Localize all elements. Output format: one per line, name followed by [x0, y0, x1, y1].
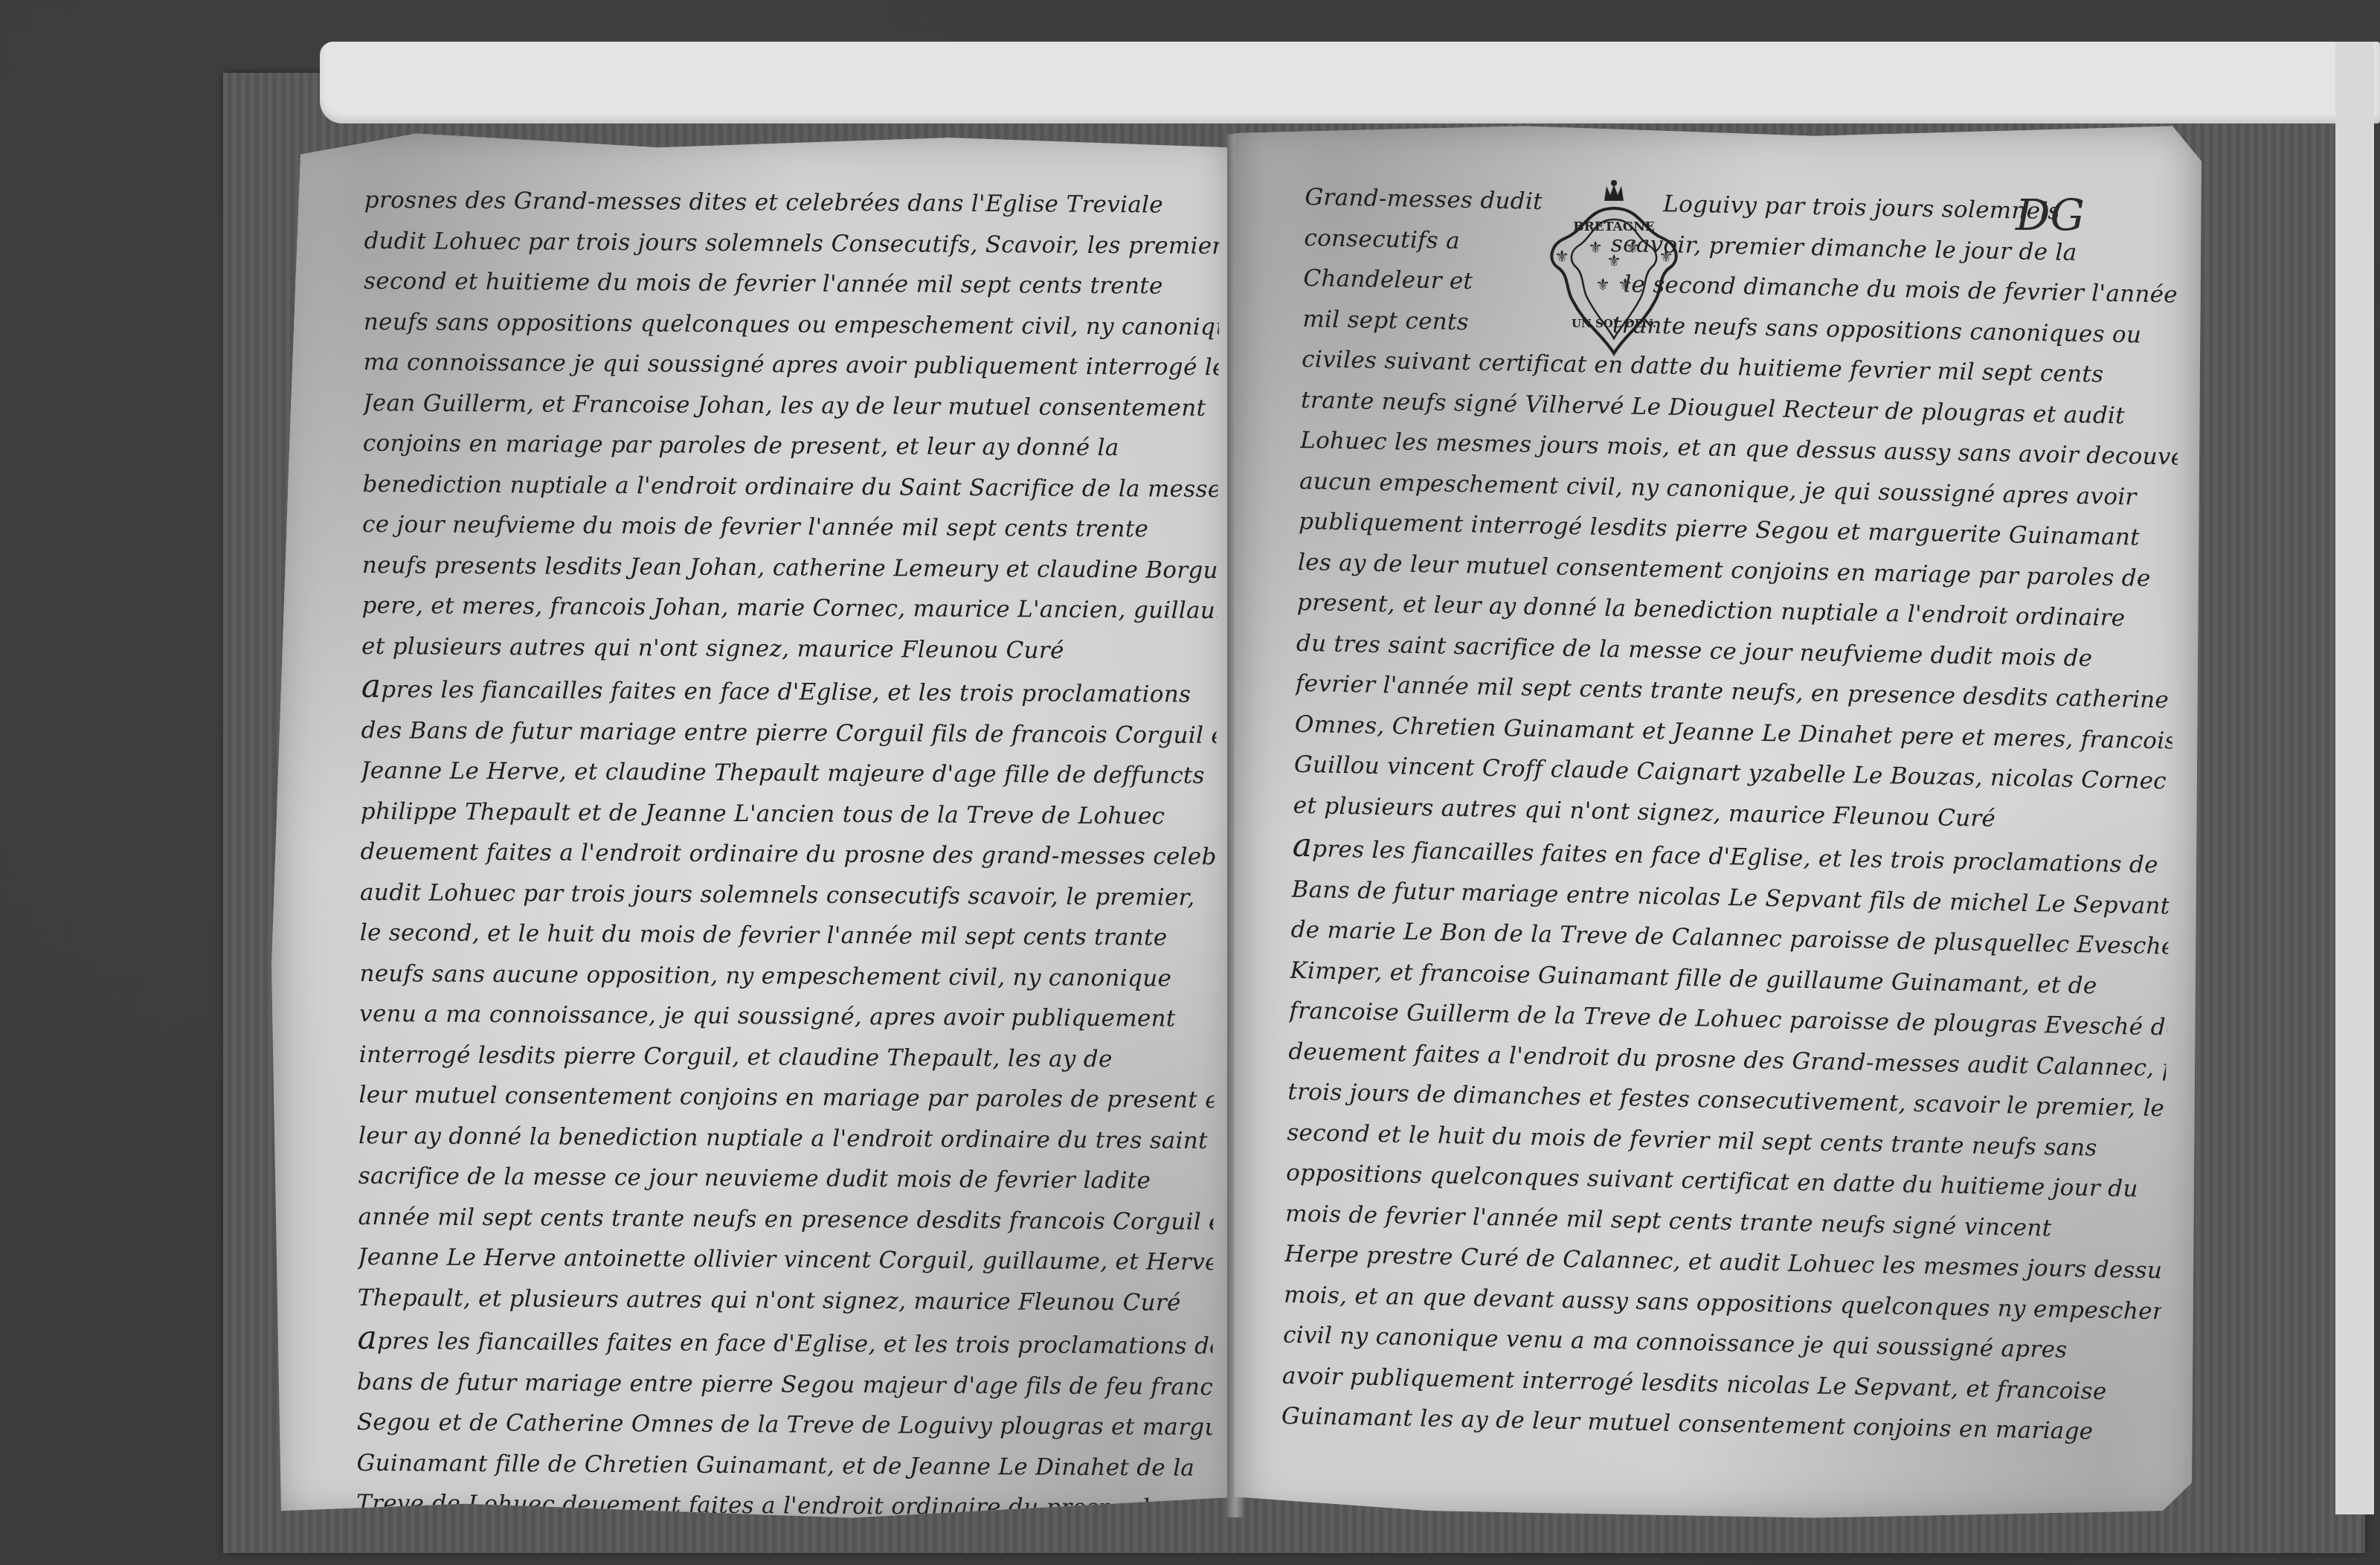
svg-text:⚜: ⚜: [1659, 248, 1673, 266]
paper-strip-right: [2335, 42, 2374, 1514]
manuscript-line: bans de futur mariage entre pierre Segou…: [357, 1361, 1212, 1407]
svg-text:⚜: ⚜: [1595, 276, 1610, 295]
manuscript-line: audit Lohuec par trois jours solemnels c…: [360, 872, 1215, 918]
manuscript-line: pere, et meres, francois Johan, marie Co…: [361, 585, 1217, 632]
manuscript-line: leur ay donné la benediction nuptiale a …: [358, 1115, 1214, 1161]
manuscript-line: leur mutuel consentement conjoins en mar…: [358, 1075, 1214, 1121]
svg-text:⚜: ⚜: [1554, 248, 1569, 266]
right-page: Grand-messes dudit Loguivy par trois jou…: [1235, 119, 2201, 1525]
svg-text:⚜: ⚜: [1606, 252, 1621, 271]
manuscript-line: philippe Thepault et de Jeanne L'ancien …: [361, 791, 1216, 837]
manuscript-line: Segou et de Catherine Omnes de la Treve …: [357, 1402, 1212, 1448]
manuscript-line: neufs sans aucune opposition, ny empesch…: [359, 953, 1215, 999]
paper-strip-top: [320, 42, 2380, 123]
svg-text:⚜: ⚜: [1618, 276, 1633, 295]
manuscript-line: dudit Lohuec par trois jours solemnels C…: [364, 220, 1219, 266]
right-page-text: Grand-messes dudit Loguivy par trois jou…: [1281, 177, 2182, 1453]
left-page-text: prosnes des Grand-messes dites et celebr…: [356, 180, 1220, 1529]
manuscript-line: sacrifice de la messe ce jour neuvieme d…: [358, 1156, 1214, 1202]
manuscript-line: Jean Guillerm, et Francoise Johan, les a…: [363, 382, 1218, 428]
stamp-top-text: BRETAGNE: [1573, 219, 1654, 234]
manuscript-line: second et huitieme du mois de fevrier l'…: [364, 261, 1219, 307]
manuscript-line: interrogé lesdits pierre Corguil, et cla…: [359, 1034, 1215, 1080]
manuscript-line: Guinamant fille de Chretien Guinamant, e…: [356, 1442, 1212, 1488]
manuscript-line: deuement faites a l'endroit ordinaire du…: [360, 832, 1215, 878]
svg-text:⚜: ⚜: [1588, 239, 1603, 257]
bretagne-tax-stamp-icon: BRETAGNE UN SOL DEN. ⚜ ⚜ ⚜ ⚜ ⚜ ⚜ ⚜: [1543, 179, 1685, 364]
manuscript-line: benediction nuptiale a l'endroit ordinai…: [362, 463, 1218, 510]
paraph-initials: DG: [2016, 190, 2085, 240]
manuscript-line: conjoins en mariage par paroles de prese…: [363, 423, 1218, 469]
manuscript-line: ma connoissance je qui soussigné apres a…: [363, 342, 1218, 388]
manuscript-line: venu a ma connoissance, je qui soussigné…: [359, 994, 1215, 1040]
manuscript-line: Thepault, et plusieurs autres qui n'ont …: [358, 1277, 1213, 1323]
left-page: prosnes des Grand-messes dites et celebr…: [271, 126, 1238, 1525]
entry-start-line: apres les fiancailles faites en face d'E…: [361, 666, 1217, 716]
entry-start-line: apres les fiancailles faites en face d'E…: [357, 1318, 1212, 1367]
manuscript-line: ce jour neufvieme du mois de fevrier l'a…: [362, 504, 1218, 550]
manuscript-line: et plusieurs autres qui n'ont signez, ma…: [361, 626, 1217, 672]
manuscript-line: neufs sans oppositions quelconques ou em…: [364, 301, 1219, 347]
manuscript-line: prosnes des Grand-messes dites et celebr…: [364, 180, 1220, 226]
manuscript-line: le second, et le huit du mois de fevrier…: [360, 913, 1215, 959]
manuscript-line: neufs presents lesdits Jean Johan, cathe…: [362, 544, 1218, 591]
manuscript-line: Jeanne Le Herve antoinette ollivier vinc…: [358, 1237, 1213, 1283]
manuscript-line: Jeanne Le Herve, et claudine Thepault ma…: [361, 751, 1216, 797]
svg-text:⚜: ⚜: [1625, 239, 1640, 257]
manuscript-line: des Bans de futur mariage entre pierre C…: [361, 710, 1216, 756]
stamp-bottom-text: UN SOL DEN.: [1572, 317, 1656, 330]
manuscript-line: année mil sept cents trante neufs en pre…: [358, 1196, 1213, 1242]
